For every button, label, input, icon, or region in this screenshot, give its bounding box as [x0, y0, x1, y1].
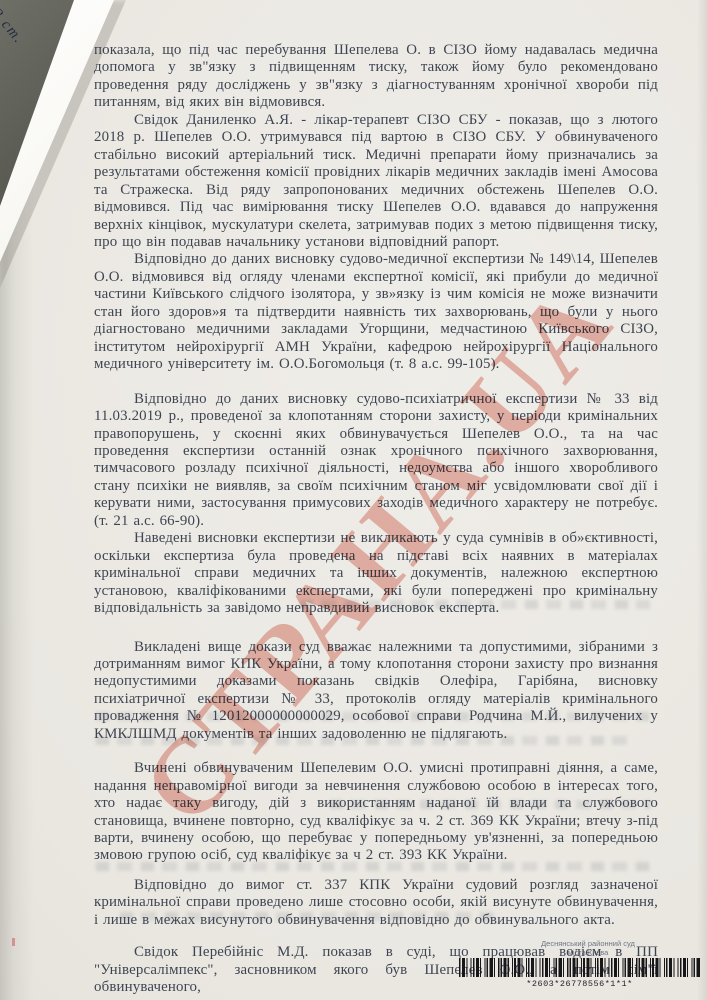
- edge-ink-mark: [12, 938, 15, 946]
- barcode: [459, 958, 700, 977]
- paragraph: Свідок Даниленко А.Я. - лікар-терапевт С…: [94, 112, 658, 252]
- paragraph: Відповідно до вимог ст. 337 КПК України …: [94, 877, 658, 929]
- scanned-court-document-page: 3 ст. СТРАНА.UA показала, що під час пер…: [0, 0, 707, 1000]
- barcode-number: *2603*26778556*1*1*: [459, 979, 700, 989]
- paragraph: показала, що під час перебування Шепелев…: [94, 42, 658, 112]
